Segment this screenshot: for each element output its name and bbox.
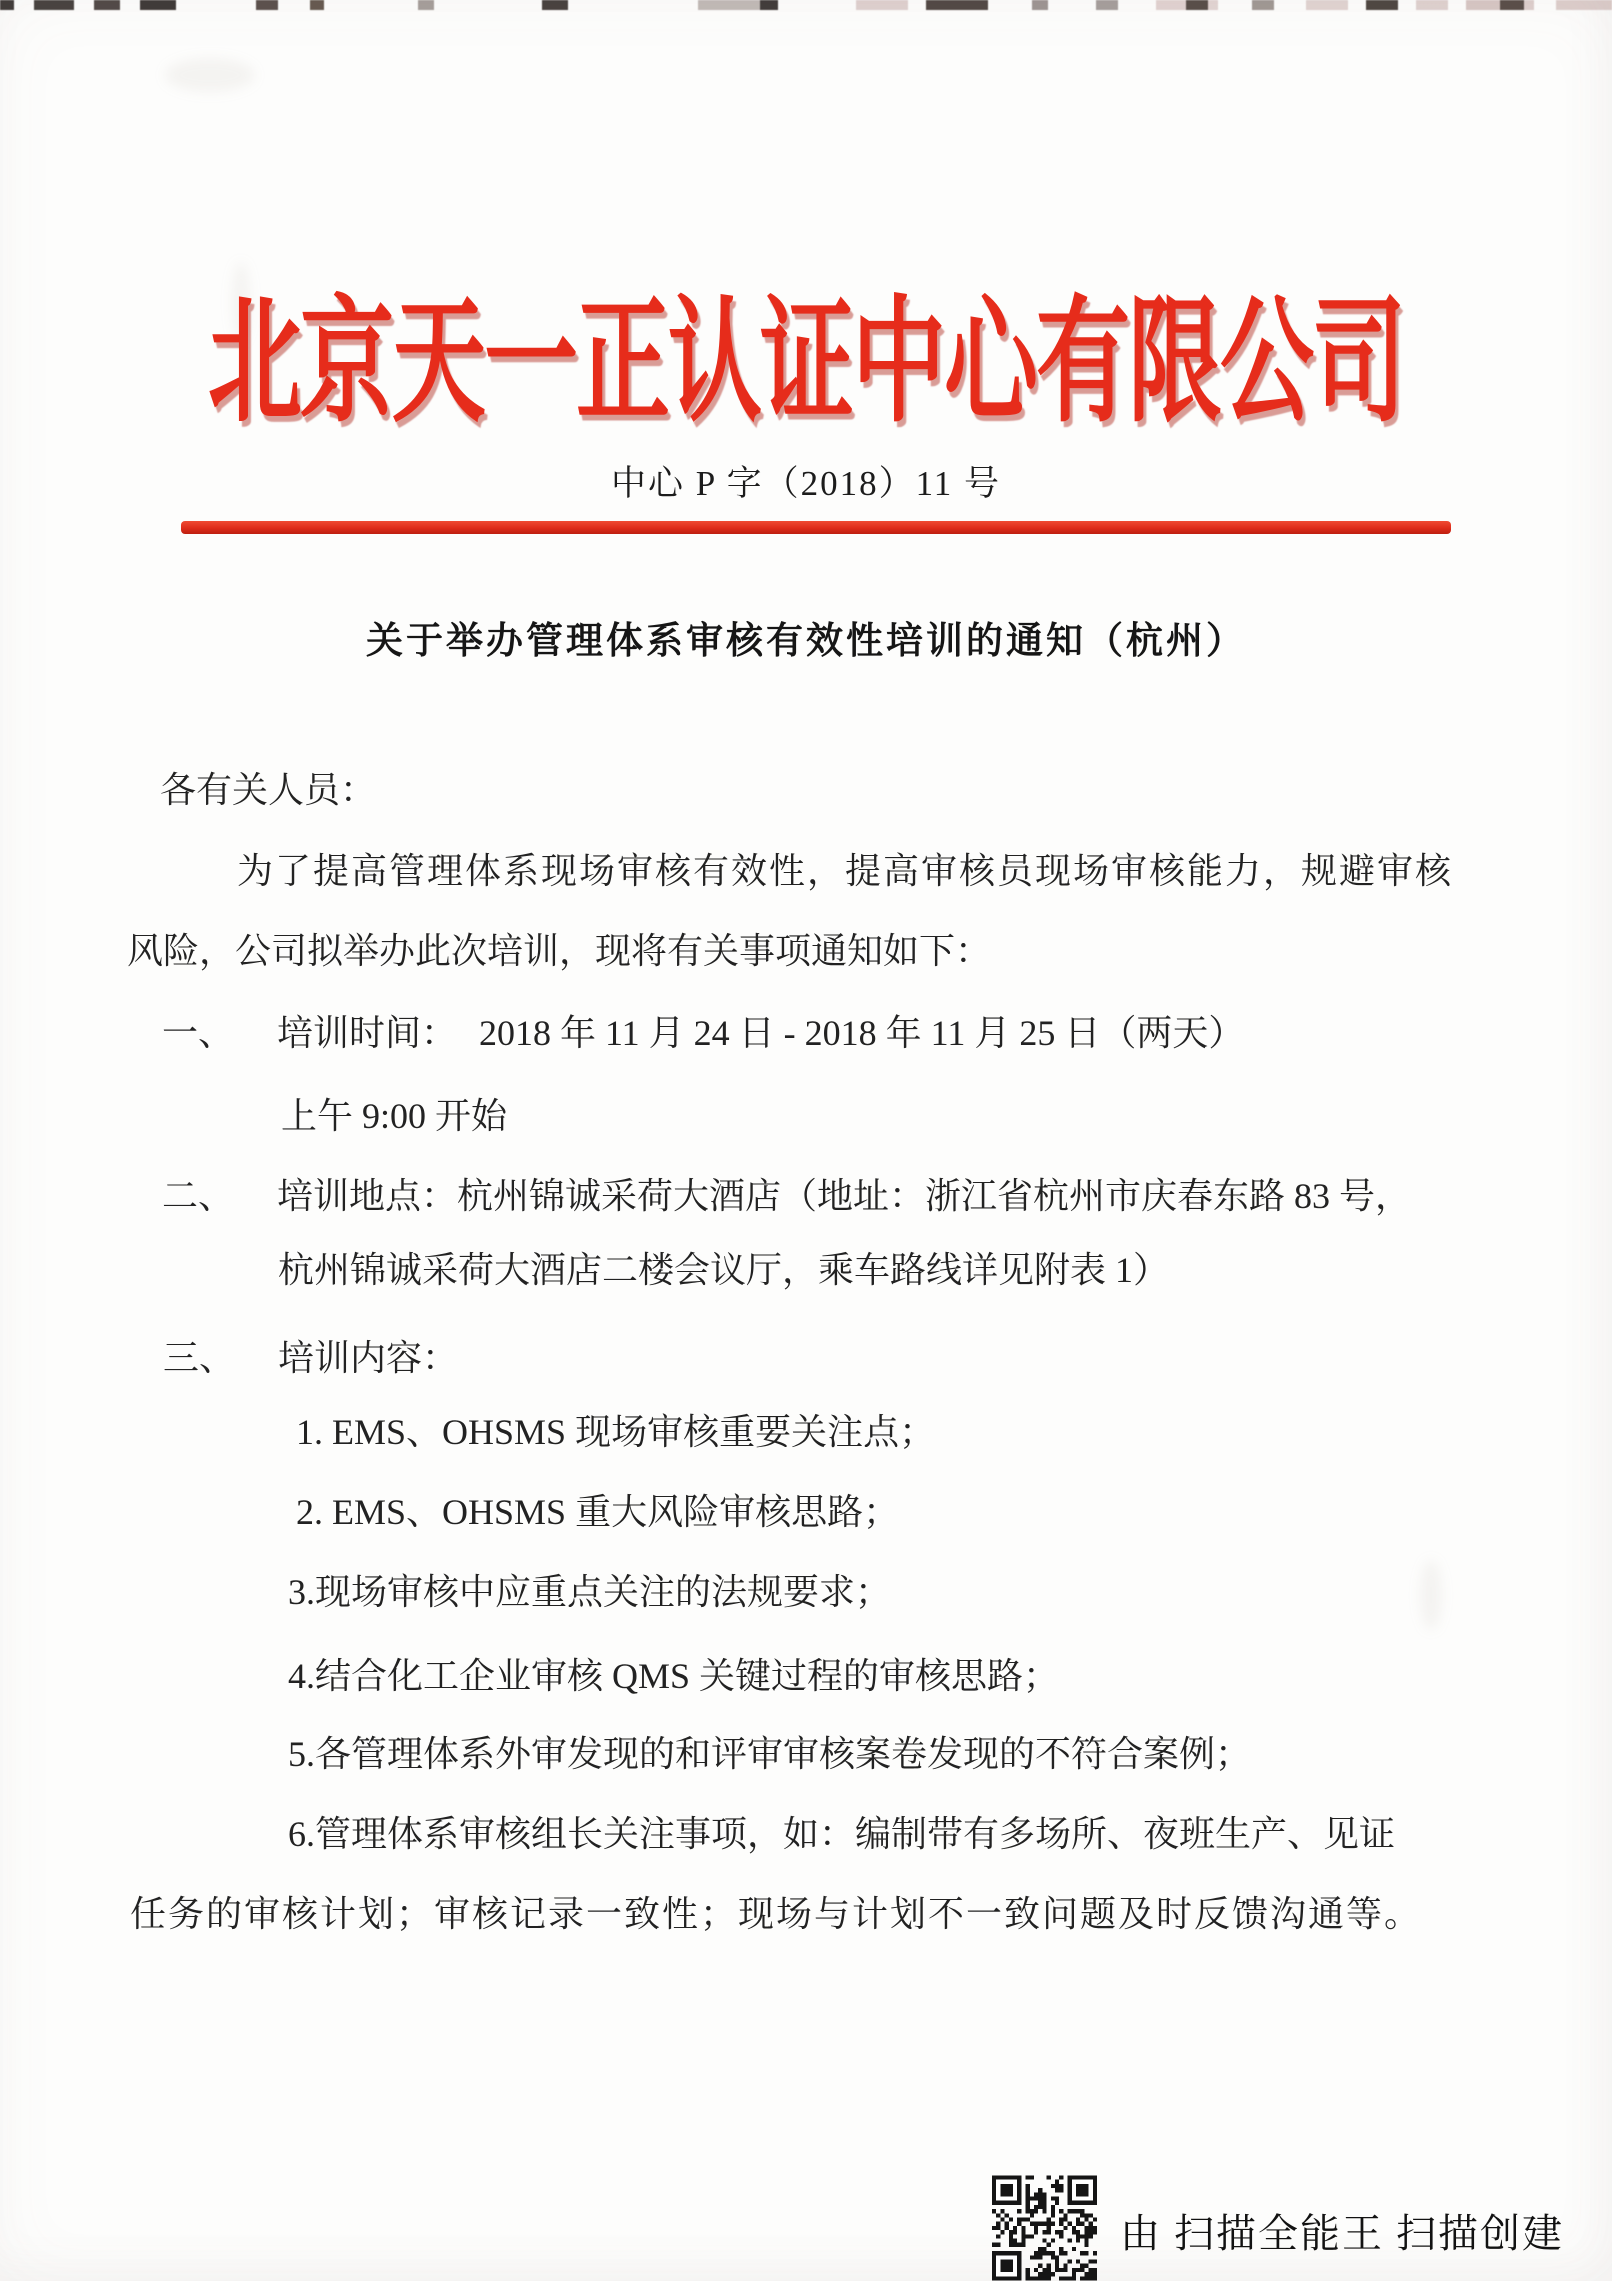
content-line-6-wrap: 任务的审核计划；审核记录一致性；现场与计划不一致问题及时反馈沟通等。: [130, 1894, 1422, 1934]
intro-line: 为了提高管理体系现场审核有效性，提高审核员现场审核能力，规避审核: [237, 851, 1453, 891]
list-item-time-sub: 上午 9:00 开始: [281, 1096, 507, 1136]
list-item-text: 杭州锦诚采荷大酒店（地址：浙江省杭州市庆春东路 83 号，: [457, 1176, 1411, 1216]
letterhead-org-name: 北京天一正认证中心有限公司: [0, 252, 1612, 387]
scan-artifact-strip: [0, 0, 1612, 10]
list-item-heading: 培训时间：: [277, 1013, 457, 1053]
list-item-heading: 培训地点：: [277, 1176, 457, 1216]
content-line-6: 6.管理体系审核组长关注事项，如：编制带有多场所、夜班生产、见证: [288, 1814, 1395, 1854]
content-line-4: 4.结合化工企业审核 QMS 关键过程的审核思路；: [288, 1656, 1059, 1696]
scanned-notice-page: 北京天一正认证中心有限公司 中心 P 字（2018）11 号 关于举办管理体系审…: [0, 0, 1612, 2281]
notice-title: 关于举办管理体系审核有效性培训的通知（杭州）: [0, 610, 1612, 664]
content-line-3: 3.现场审核中应重点关注的法规要求；: [288, 1572, 891, 1612]
list-item-time: 一、培训时间：2018 年 11 月 24 日 - 2018 年 11 月 25…: [162, 1013, 1244, 1053]
letterhead-rule: [181, 521, 1451, 534]
list-item-content: 三、培训内容：: [163, 1338, 458, 1378]
list-item-heading: 培训内容：: [278, 1338, 458, 1378]
list-item-place-sub: 杭州锦诚采荷大酒店二楼会议厅，乘车路线详见附表 1）: [278, 1250, 1169, 1290]
list-item-place: 二、培训地点：杭州锦诚采荷大酒店（地址：浙江省杭州市庆春东路 83 号，: [162, 1176, 1411, 1216]
scanner-credit-text: 由 扫描全能王 扫描创建: [1120, 2202, 1564, 2259]
document-number: 中心 P 字（2018）11 号: [0, 456, 1612, 506]
salutation: 各有关人员：: [160, 770, 376, 810]
list-item-text: 2018 年 11 月 24 日 - 2018 年 11 月 25 日（两天）: [479, 1013, 1244, 1053]
scan-smudge: [1420, 1560, 1442, 1630]
list-item-label: 二、: [162, 1176, 277, 1216]
qr-code: [992, 2175, 1097, 2281]
content-line-1: 1. EMS、OHSMS 现场审核重要关注点；: [296, 1412, 935, 1452]
list-item-label: 一、: [162, 1013, 277, 1053]
content-line-2: 2. EMS、OHSMS 重大风险审核思路；: [296, 1492, 899, 1532]
org-name-text: 北京天一正认证中心有限公司: [208, 252, 1404, 448]
scan-smudge: [165, 58, 255, 92]
content-line-5: 5.各管理体系外审发现的和评审审核案卷发现的不符合案例；: [288, 1734, 1251, 1774]
intro-line: 风险，公司拟举办此次培训，现将有关事项通知如下：: [127, 931, 991, 971]
list-item-label: 三、: [163, 1338, 278, 1378]
